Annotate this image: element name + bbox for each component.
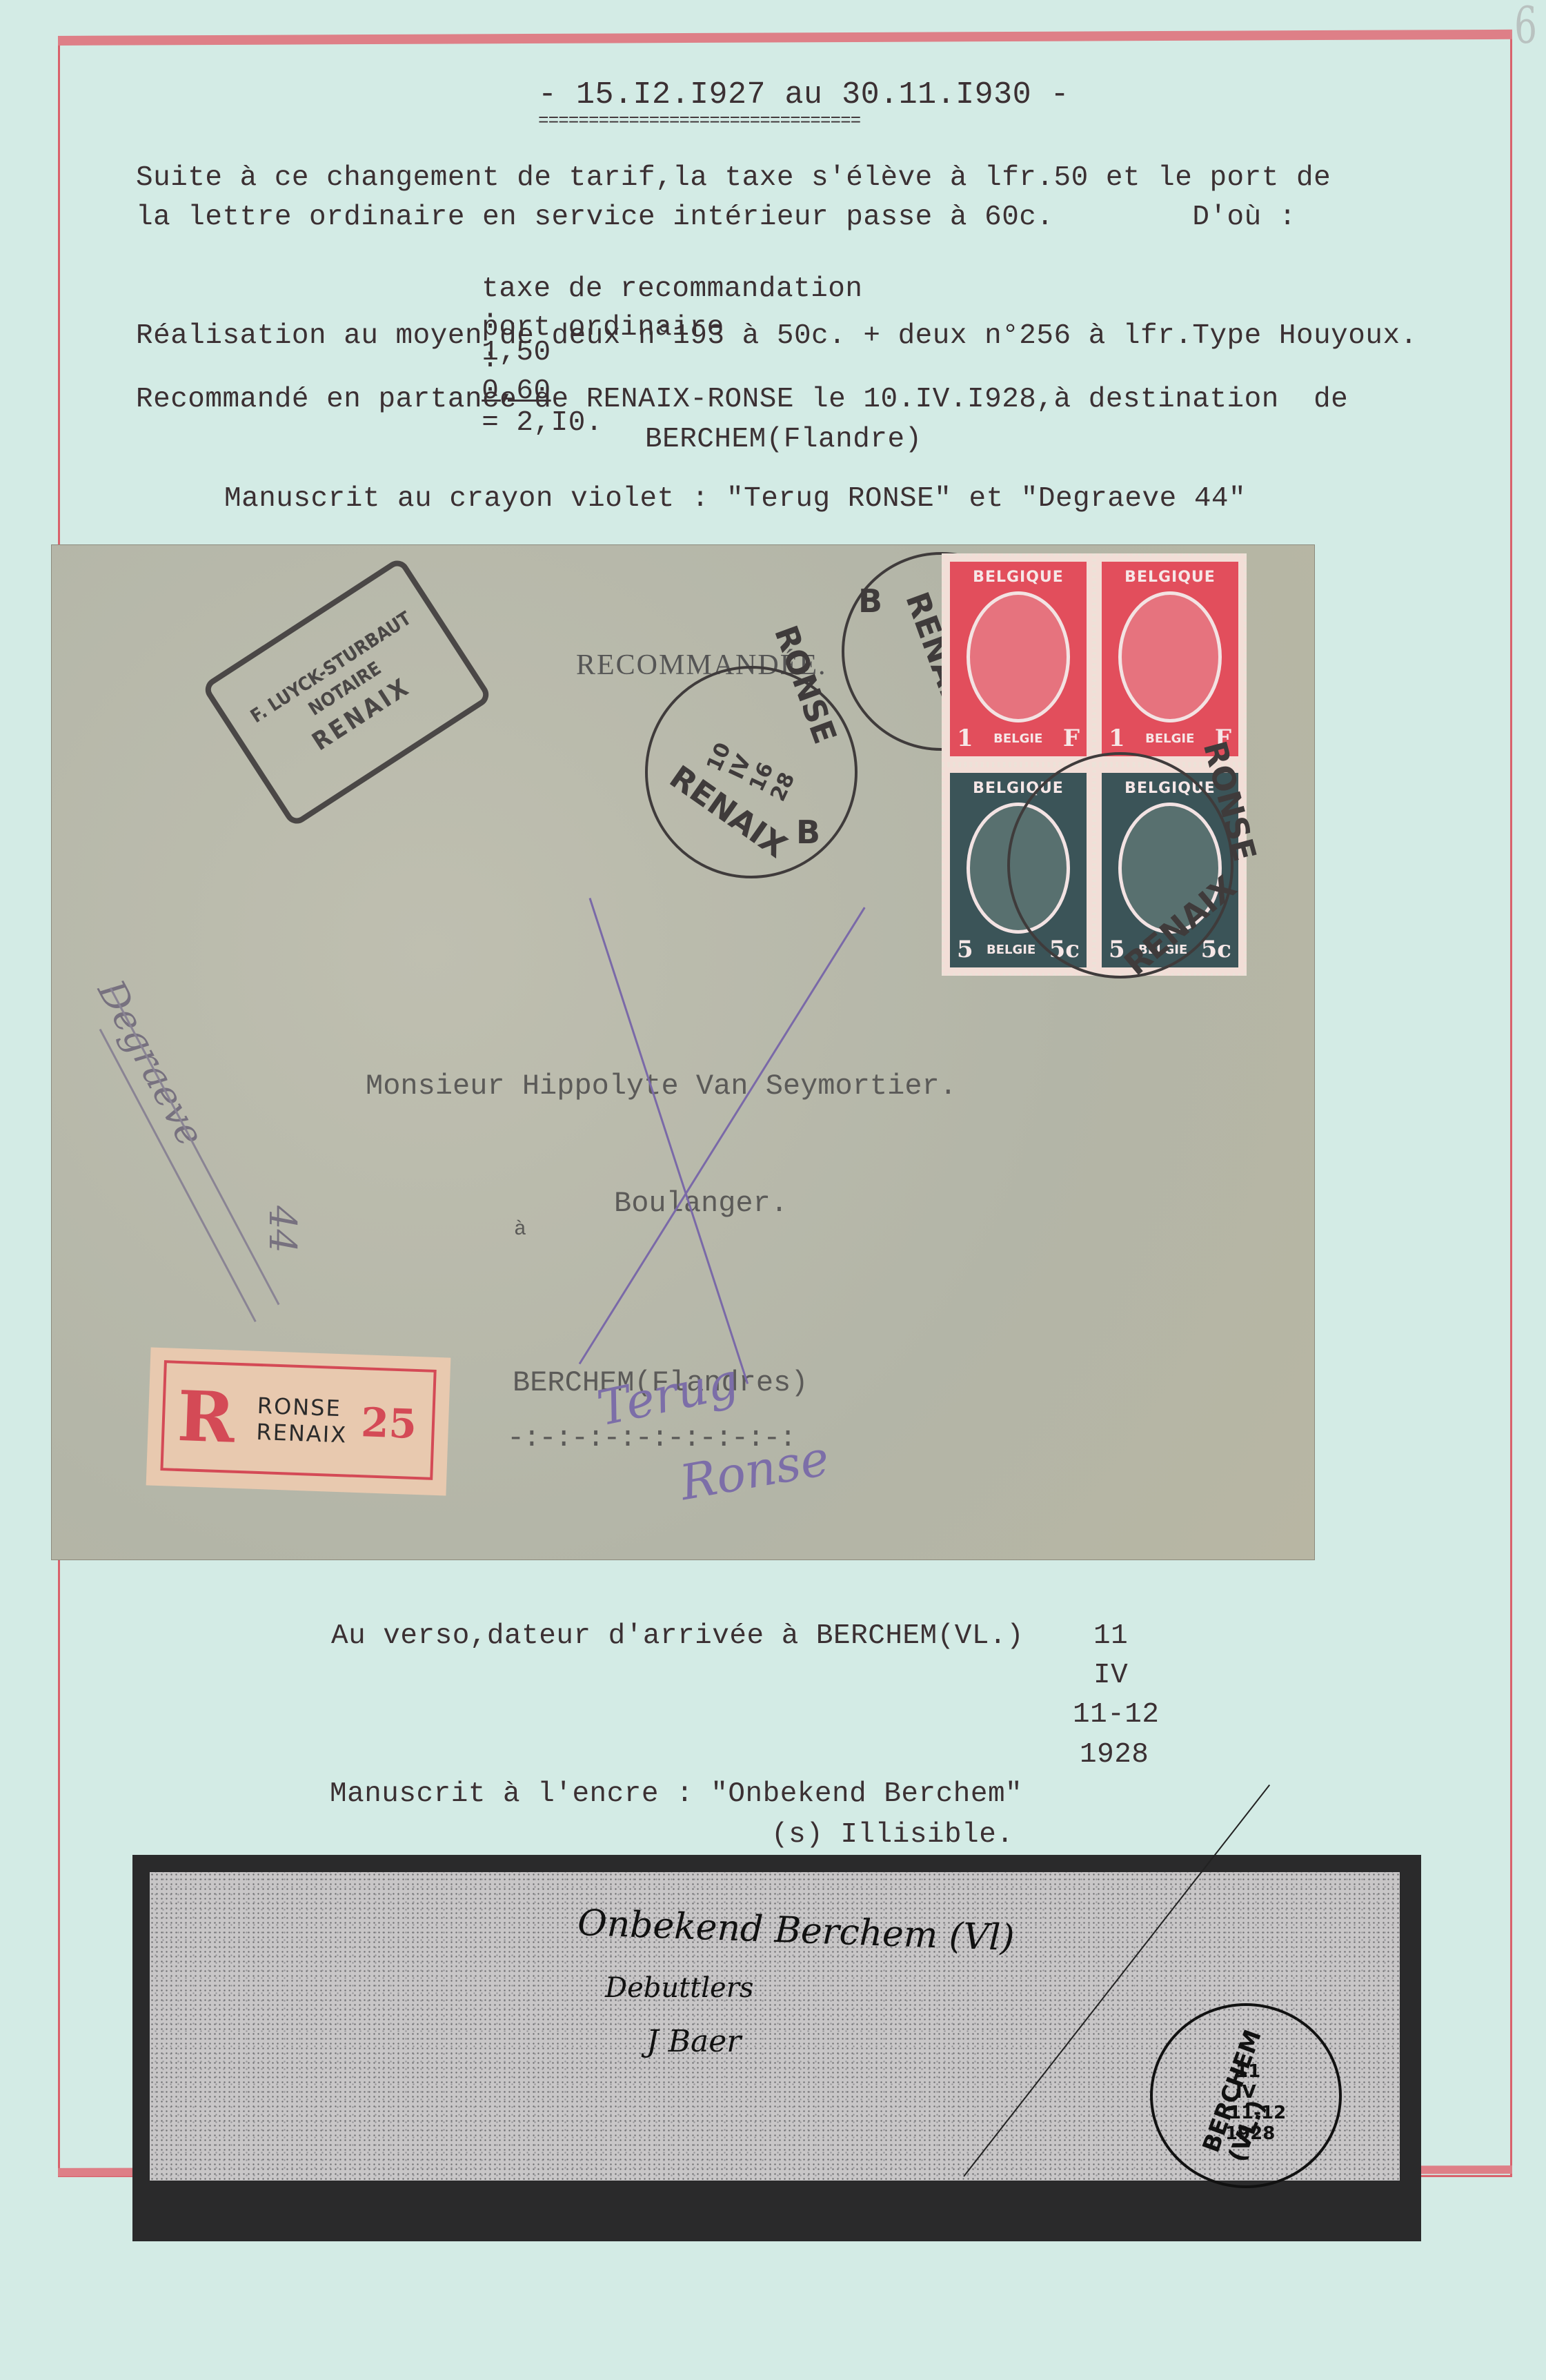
intro-line-5: Réalisation au moyen de deux n°193 à 50c… (136, 320, 1418, 352)
address-occupation: Boulanger. (614, 1187, 788, 1220)
envelope-front: F. LUYCK-STURBAUT NOTAIRE RENAIX RECOMMA… (52, 545, 1314, 1560)
address-name: Monsieur Hippolyte Van Seymortier. (366, 1070, 957, 1103)
page-number: 6 (1514, 0, 1537, 55)
postmark-top: RONSE (767, 620, 844, 748)
verso-date-year: 1928 (1080, 1739, 1149, 1771)
verso-date-month: IV (1093, 1660, 1128, 1691)
intro-line-8: Manuscrit au crayon violet : "Terug RONS… (224, 483, 1246, 515)
address-to-marker: à (514, 1218, 526, 1241)
page-title: - 15.I2.I927 au 30.11.I930 - (538, 77, 1069, 112)
postmark-letter: B (858, 582, 882, 620)
postmark-top: RONSE (1196, 737, 1264, 865)
registration-label: R RONSE RENAIX 25 (146, 1347, 451, 1495)
verso-date-day: 11 (1093, 1620, 1128, 1652)
intro-line-7: BERCHEM(Flandre) (645, 424, 922, 455)
registration-letter: R (176, 1375, 236, 1459)
registration-number: 25 (360, 1399, 417, 1448)
arrival-postmark: BERCHEM (VL.) 11 IV 11-12 1928 (1150, 2003, 1342, 2188)
handwriting-line-2: Debuttlers (605, 1972, 753, 2004)
pencil-stroke (110, 987, 280, 1306)
pencil-note-number: 44 (261, 1206, 304, 1253)
violet-cross-stroke (579, 907, 866, 1364)
intro-line-1: Suite à ce changement de tarif,la taxe s… (136, 162, 1331, 194)
intro-line-2: la lettre ordinaire en service intérieur… (136, 201, 1296, 233)
king-portrait (1118, 591, 1222, 722)
postmark: RONSE RENAIX B 10 IV 16 28 (645, 666, 858, 878)
envelope-back-photo: Onbekend Berchem (Vl) Debuttlers J Baer … (150, 1872, 1400, 2181)
stamp-1f: BELGIQUE 1BELGIEF (942, 553, 1095, 765)
king-portrait (967, 591, 1070, 722)
verso-line-3: (s) Illisible. (771, 1819, 1013, 1851)
verso-line-2: Manuscrit à l'encre : "Onbekend Berchem" (330, 1778, 1022, 1810)
title-underline: ================================ (538, 110, 860, 131)
postmark-letter: B (796, 814, 820, 851)
postmark: RONSE RENAIX (1007, 752, 1233, 978)
stamp-1f: BELGIQUE 1BELGIEF (1093, 553, 1247, 765)
verso-date-hour: 11-12 (1073, 1699, 1160, 1731)
handwriting-onbekend: Onbekend Berchem (Vl) (577, 1902, 1015, 1959)
handwriting-signature: J Baer (646, 2024, 741, 2059)
sender-cachet: F. LUYCK-STURBAUT NOTAIRE RENAIX (201, 556, 493, 829)
envelope-back-photo-mount: Onbekend Berchem (Vl) Debuttlers J Baer … (132, 1855, 1421, 2241)
registration-office: RONSE RENAIX (256, 1393, 348, 1448)
verso-line-1: Au verso,dateur d'arrivée à BERCHEM(VL.) (331, 1620, 1024, 1652)
intro-line-6: Recommandé en partance de RENAIX-RONSE l… (136, 384, 1348, 415)
